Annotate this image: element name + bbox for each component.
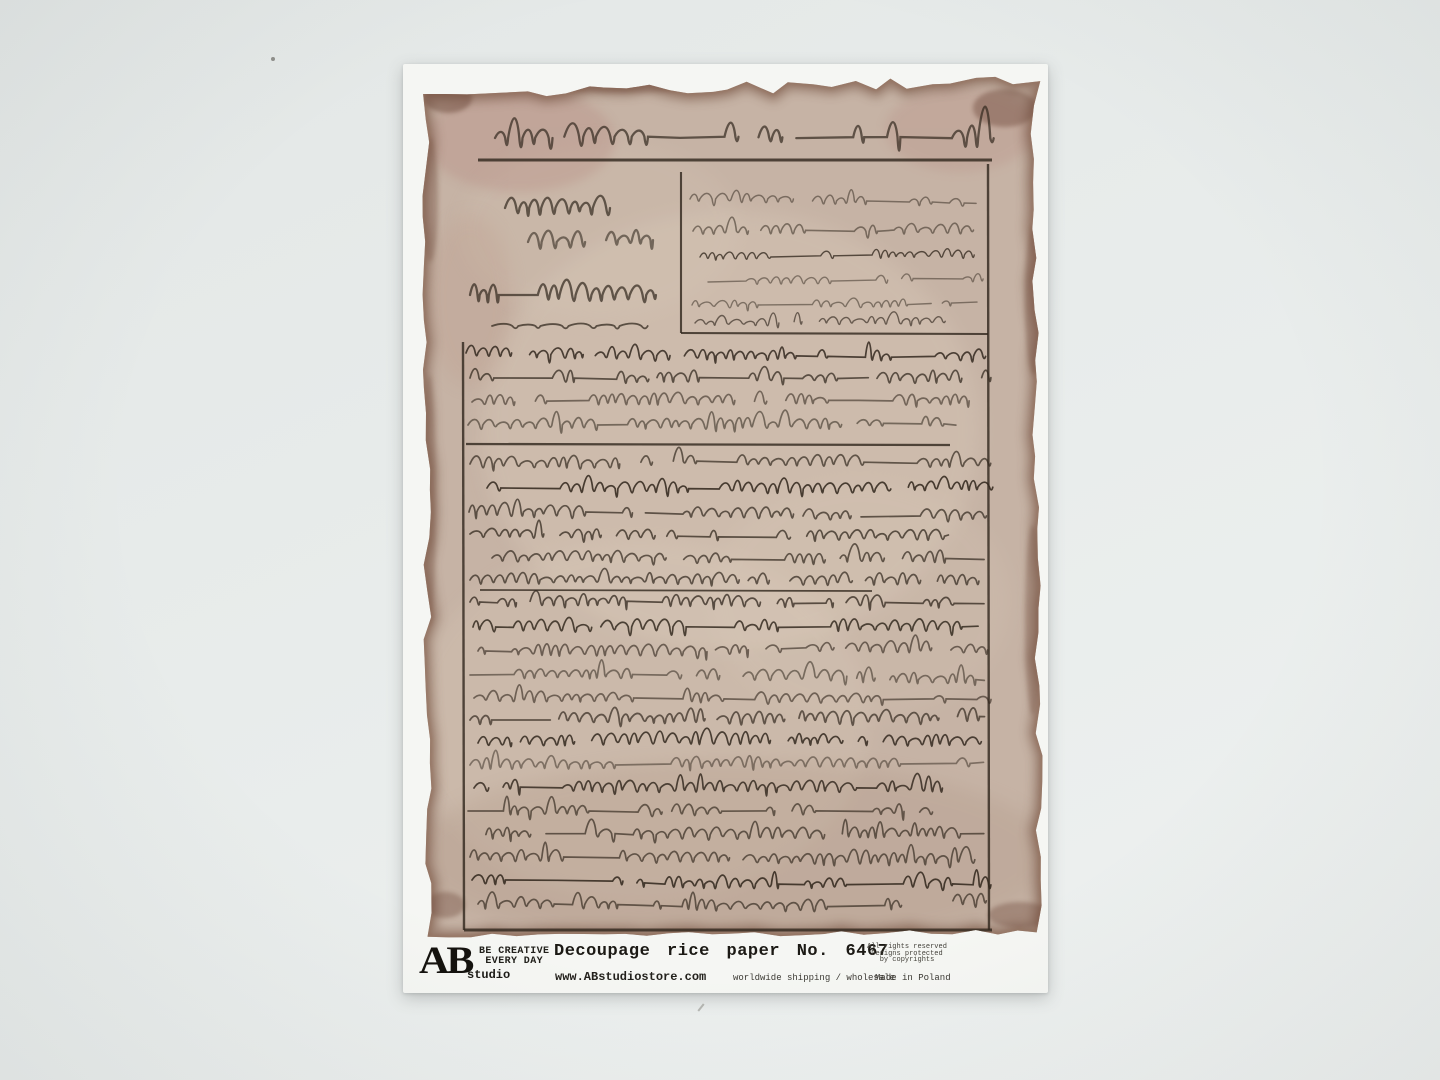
rights-line3: by copyrights bbox=[861, 957, 953, 964]
product-title: Decoupage rice paper No. 6467 bbox=[554, 942, 888, 961]
logo-studio-label: studio bbox=[467, 968, 510, 982]
parchment-artwork bbox=[0, 0, 1440, 1080]
made-in-label: Made in Poland bbox=[875, 973, 951, 983]
document-rule-line bbox=[988, 164, 989, 930]
ab-studio-logo: AB bbox=[419, 938, 471, 983]
document-rule-line bbox=[681, 333, 988, 334]
tagline: BE CREATIVE EVERY DAY bbox=[479, 947, 549, 966]
tagline-line2: EVERY DAY bbox=[479, 957, 549, 967]
document-rule-line bbox=[480, 590, 872, 591]
document-rule-line bbox=[463, 342, 464, 930]
dust-speck bbox=[271, 57, 275, 61]
rights-notice: All rights reserved Designs protected by… bbox=[861, 944, 953, 964]
document-rule-line bbox=[466, 444, 950, 445]
footer-strip: AB studio BE CREATIVE EVERY DAY Decoupag… bbox=[403, 937, 1048, 993]
photo-background: AB studio BE CREATIVE EVERY DAY Decoupag… bbox=[0, 0, 1440, 1080]
website-url: www.ABstudiostore.com bbox=[555, 970, 706, 984]
shipping-info: worldwide shipping / wholesale bbox=[733, 973, 895, 983]
